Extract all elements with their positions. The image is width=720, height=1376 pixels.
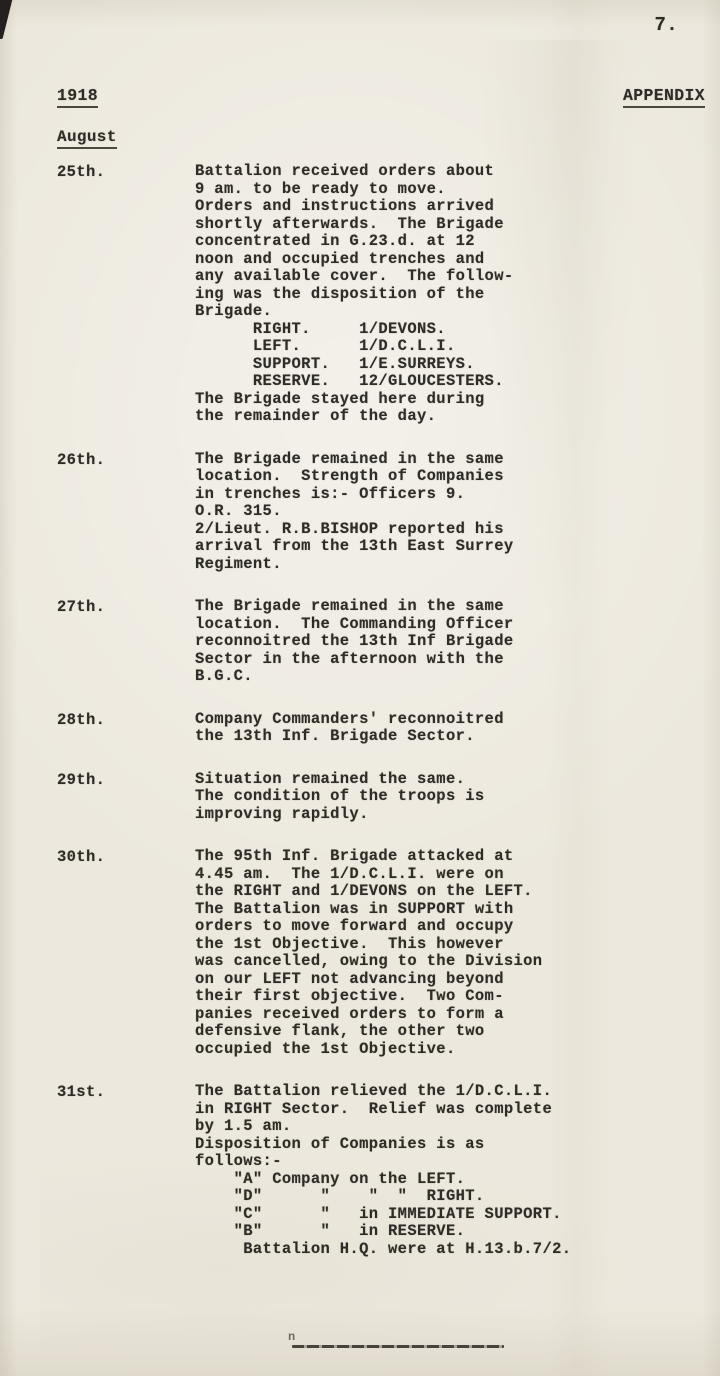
diary-page: 7. 1918 APPENDIX August 25th.Battalion r… (0, 0, 720, 1376)
entry-text-line: Orders and instructions arrived (195, 198, 720, 216)
diary-entry: 27th.The Brigade remained in the sameloc… (0, 598, 720, 686)
diary-entry: 29th.Situation remained the same.The con… (0, 771, 720, 824)
entry-text-line: orders to move forward and occupy (195, 918, 720, 936)
entry-text-line: Battalion received orders about (195, 163, 720, 181)
entry-text-line: 2/Lieut. R.B.BISHOP reported his (195, 521, 720, 539)
diary-entry: 30th.The 95th Inf. Brigade attacked at4.… (0, 848, 720, 1058)
entry-date: 26th. (0, 451, 195, 469)
entry-text-line: The Brigade remained in the same (195, 598, 720, 616)
entry-text-line: Brigade. (195, 303, 720, 321)
entry-text-line: follows:- (195, 1153, 720, 1171)
entry-text-line: RESERVE. 12/GLOUCESTERS. (195, 373, 720, 391)
entry-text-line: RIGHT. 1/DEVONS. (195, 321, 720, 339)
entry-text-line: location. Strength of Companies (195, 468, 720, 486)
footer-rule (292, 1345, 504, 1348)
entry-text: The Battalion relieved the 1/D.C.L.I.in … (195, 1083, 720, 1258)
entry-text-line: the 1st Objective. This however (195, 936, 720, 954)
entry-text-line: The Brigade stayed here during (195, 391, 720, 409)
diary-entry: 28th.Company Commanders' reconnoitredthe… (0, 711, 720, 746)
entry-text-line: improving rapidly. (195, 806, 720, 824)
entry-text-line: Company Commanders' reconnoitred (195, 711, 720, 729)
page-header: 1918 APPENDIX (57, 86, 705, 108)
entry-text-line: "A" Company on the LEFT. (195, 1171, 720, 1189)
entry-date: 29th. (0, 771, 195, 789)
entry-text-line: concentrated in G.23.d. at 12 (195, 233, 720, 251)
entry-text: Battalion received orders about9 am. to … (195, 163, 720, 426)
entry-text-line: "C" " in IMMEDIATE SUPPORT. (195, 1206, 720, 1224)
entry-date: 30th. (0, 848, 195, 866)
entry-text-line: reconnoitred the 13th Inf Brigade (195, 633, 720, 651)
diary-entries: 25th.Battalion received orders about9 am… (0, 163, 720, 1283)
entry-text-line: on our LEFT not advancing beyond (195, 971, 720, 989)
entry-text-line: Battalion H.Q. were at H.13.b.7/2. (195, 1241, 720, 1259)
entry-text-line: LEFT. 1/D.C.L.I. (195, 338, 720, 356)
entry-text-line: Situation remained the same. (195, 771, 720, 789)
entry-date: 25th. (0, 163, 195, 181)
entry-text-line: arrival from the 13th East Surrey (195, 538, 720, 556)
entry-text-line: their first objective. Two Com- (195, 988, 720, 1006)
scan-corner-artifact (0, 0, 15, 39)
entry-text-line: The Battalion was in SUPPORT with (195, 901, 720, 919)
entry-text: Situation remained the same.The conditio… (195, 771, 720, 824)
entry-text-line: The 95th Inf. Brigade attacked at (195, 848, 720, 866)
entry-text-line: defensive flank, the other two (195, 1023, 720, 1041)
entry-text-line: shortly afterwards. The Brigade (195, 216, 720, 234)
entry-text-line: 9 am. to be ready to move. (195, 181, 720, 199)
entry-text: The Brigade remained in the samelocation… (195, 451, 720, 574)
entry-text-line: The Brigade remained in the same (195, 451, 720, 469)
entry-text-line: noon and occupied trenches and (195, 251, 720, 269)
entry-text-line: panies received orders to form a (195, 1006, 720, 1024)
entry-text: The 95th Inf. Brigade attacked at4.45 am… (195, 848, 720, 1058)
entry-text-line: was cancelled, owing to the Division (195, 953, 720, 971)
entry-date: 31st. (0, 1083, 195, 1101)
page-number: 7. (654, 14, 678, 36)
entry-text-line: by 1.5 am. (195, 1118, 720, 1136)
entry-text-line: SUPPORT. 1/E.SURREYS. (195, 356, 720, 374)
entry-text-line: Regiment. (195, 556, 720, 574)
entry-text-line: The condition of the troops is (195, 788, 720, 806)
month-heading: August (57, 128, 117, 149)
entry-text: The Brigade remained in the samelocation… (195, 598, 720, 686)
entry-text-line: in trenches is:- Officers 9. (195, 486, 720, 504)
entry-text-line: "D" " " " RIGHT. (195, 1188, 720, 1206)
entry-text-line: any available cover. The follow- (195, 268, 720, 286)
entry-text-line: the 13th Inf. Brigade Sector. (195, 728, 720, 746)
entry-text-line: O.R. 315. (195, 503, 720, 521)
entry-text-line: location. The Commanding Officer (195, 616, 720, 634)
entry-text-line: occupied the 1st Objective. (195, 1041, 720, 1059)
entry-text-line: Sector in the afternoon with the (195, 651, 720, 669)
entry-text-line: in RIGHT Sector. Relief was complete (195, 1101, 720, 1119)
entry-text-line: the RIGHT and 1/DEVONS on the LEFT. (195, 883, 720, 901)
page-footer: n (288, 1330, 508, 1352)
entry-text: Company Commanders' reconnoitredthe 13th… (195, 711, 720, 746)
entry-text-line: Disposition of Companies is as (195, 1136, 720, 1154)
entry-date: 27th. (0, 598, 195, 616)
entry-text-line: "B" " in RESERVE. (195, 1223, 720, 1241)
footer-mark: n (288, 1330, 296, 1344)
entry-text-line: B.G.C. (195, 668, 720, 686)
appendix-heading: APPENDIX (623, 86, 705, 108)
entry-text-line: The Battalion relieved the 1/D.C.L.I. (195, 1083, 720, 1101)
diary-entry: 25th.Battalion received orders about9 am… (0, 163, 720, 426)
diary-entry: 26th.The Brigade remained in the sameloc… (0, 451, 720, 574)
diary-entry: 31st.The Battalion relieved the 1/D.C.L.… (0, 1083, 720, 1258)
entry-date: 28th. (0, 711, 195, 729)
entry-text-line: ing was the disposition of the (195, 286, 720, 304)
entry-text-line: the remainder of the day. (195, 408, 720, 426)
entry-text-line: 4.45 am. The 1/D.C.L.I. were on (195, 866, 720, 884)
year-heading: 1918 (57, 86, 98, 108)
